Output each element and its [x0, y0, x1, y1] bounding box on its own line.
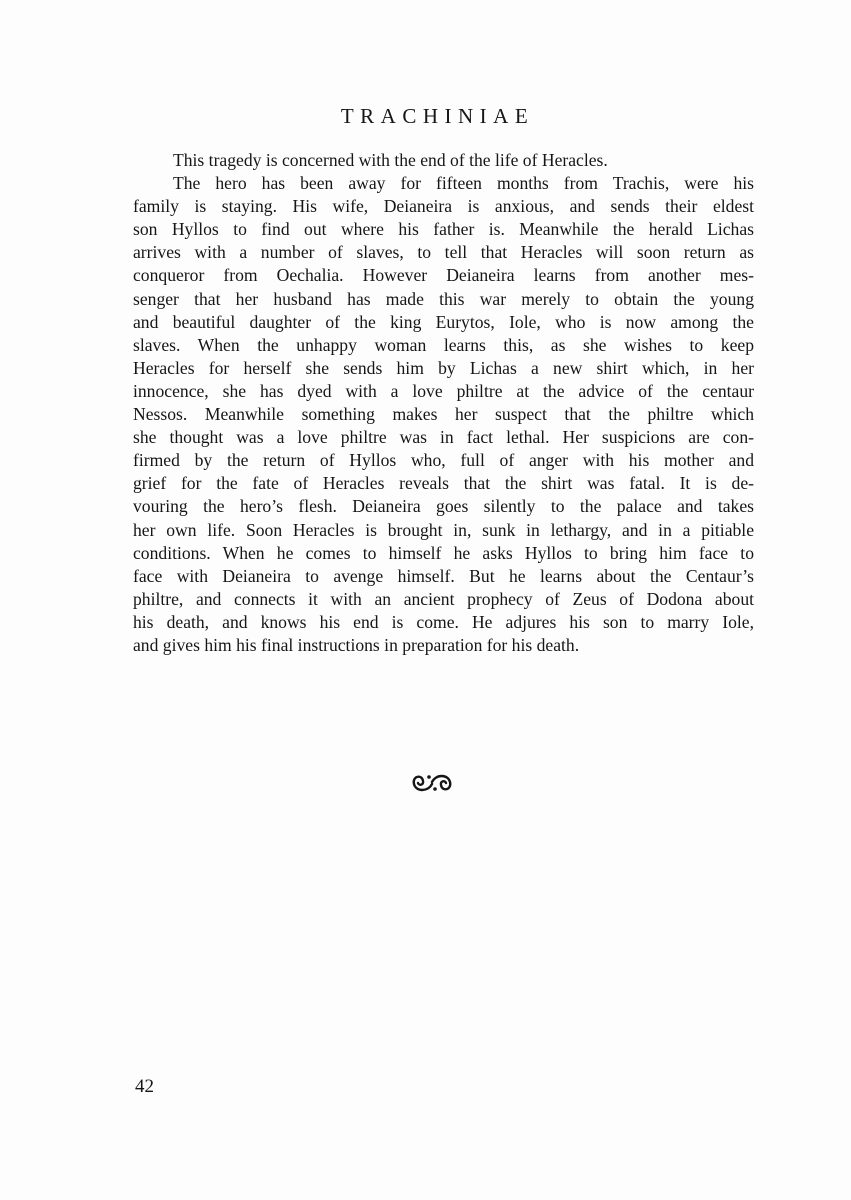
paragraph-2-line: arrives with a number of slaves, to tell…: [133, 241, 754, 264]
paragraph-2-line: Heracles for herself she sends him by Li…: [133, 357, 754, 380]
paragraph-2-line: firmed by the return of Hyllos who, full…: [133, 449, 754, 472]
paragraph-2-line: she thought was a love philtre was in fa…: [133, 426, 754, 449]
paragraph-2-line: his death, and knows his end is come. He…: [133, 611, 754, 634]
page-number: 42: [135, 1076, 154, 1098]
paragraph-2-line: face with Deianeira to avenge himself. B…: [133, 565, 754, 588]
paragraph-2-line: her own life. Soon Heracles is brought i…: [133, 519, 754, 542]
scroll-ornament-icon: [408, 770, 456, 796]
paragraph-1-line: This tragedy is concerned with the end o…: [133, 149, 754, 172]
paragraph-2-line: philtre, and connects it with an ancient…: [133, 588, 754, 611]
synopsis-text: This tragedy is concerned with the end o…: [133, 149, 754, 657]
page-title: TRACHINIAE: [0, 104, 851, 129]
paragraph-2-line: The hero has been away for fifteen month…: [133, 172, 754, 195]
paragraph-2-line: and gives him his final instructions in …: [133, 634, 754, 657]
paragraph-2-line: and beautiful daughter of the king Euryt…: [133, 311, 754, 334]
paragraph-2-line: innocence, she has dyed with a love phil…: [133, 380, 754, 403]
paragraph-2-line: Nessos. Meanwhile something makes her su…: [133, 403, 754, 426]
paragraph-2-line: conditions. When he comes to himself he …: [133, 542, 754, 565]
paragraph-2-line: senger that her husband has made this wa…: [133, 288, 754, 311]
paragraph-2-line: family is staying. His wife, Deianeira i…: [133, 195, 754, 218]
paragraph-2-line: son Hyllos to find out where his father …: [133, 218, 754, 241]
paragraph-2-line: slaves. When the unhappy woman learns th…: [133, 334, 754, 357]
paragraph-2-line: vouring the hero’s flesh. Deianeira goes…: [133, 495, 754, 518]
paragraph-2-line: grief for the fate of Heracles reveals t…: [133, 472, 754, 495]
book-page: TRACHINIAE This tragedy is concerned wit…: [0, 0, 851, 1200]
paragraph-2-line: conqueror from Oechalia. However Deianei…: [133, 264, 754, 287]
